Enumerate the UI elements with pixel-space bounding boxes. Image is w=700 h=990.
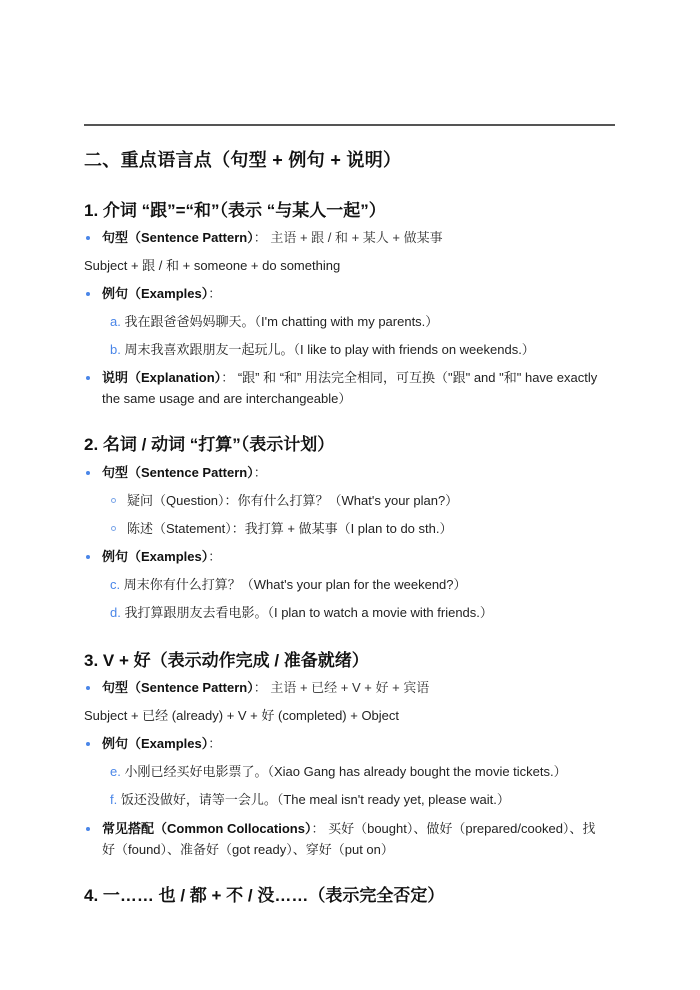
example-c: c. 周末你有什么打算？（What's your plan for the we… [110, 575, 467, 595]
sub-pattern-question: 疑问（Question）：你有什么打算？（What's your plan?） [127, 491, 458, 511]
bullet-icon [86, 555, 90, 559]
bullet-icon [86, 292, 90, 296]
example-marker: f. [110, 792, 117, 807]
pattern-value: 主语 + 跟 / 和 + 某人 + 做某事 [270, 230, 442, 245]
point-1-title: 1. 介词 “跟”=“和”（表示 “与某人一起”） [84, 196, 386, 221]
point-1-pattern: 句型（Sentence Pattern）： 主语 + 跟 / 和 + 某人 + … [102, 228, 443, 248]
point-1-explanation-cont: the same usage and are interchangeable） [102, 389, 351, 409]
point-3-pattern: 句型（Sentence Pattern）： 主语 + 已经 + V + 好 + … [102, 678, 429, 698]
example-d: d. 我打算跟朋友去看电影。（I plan to watch a movie w… [110, 603, 493, 623]
example-marker: c. [110, 577, 120, 592]
bullet-icon [86, 686, 90, 690]
example-b: b. 周末我喜欢跟朋友一起玩儿。（I like to play with fri… [110, 340, 535, 360]
example-marker: a. [110, 314, 121, 329]
example-a: a. 我在跟爸爸妈妈聊天。（I'm chatting with my paren… [110, 312, 438, 332]
horizontal-divider [84, 124, 615, 126]
bullet-icon [86, 236, 90, 240]
point-1-pattern-english: Subject + 跟 / 和 + someone + do something [84, 256, 340, 276]
point-3-pattern-english: Subject + 已经 (already) + V + 好 (complete… [84, 706, 399, 726]
point-1-explanation: 说明（Explanation）： “跟” 和 “和” 用法完全相同，可互换（"跟… [102, 368, 597, 388]
hollow-bullet-icon [111, 526, 116, 531]
pattern-label: 句型（Sentence Pattern） [102, 230, 254, 245]
sub-pattern-statement: 陈述（Statement）：我打算 + 做某事（I plan to do sth… [127, 519, 452, 539]
point-2-pattern: 句型（Sentence Pattern）： [102, 463, 267, 483]
point-3-title: 3. V + 好（表示动作完成 / 准备就绪） [84, 646, 369, 671]
point-1-examples-heading: 例句（Examples）： [102, 284, 221, 304]
point-3-examples-heading: 例句（Examples）： [102, 734, 221, 754]
bullet-icon [86, 827, 90, 831]
point-3-collocations: 常见搭配（Common Collocations）： 买好（bought）、做好… [102, 819, 595, 839]
bullet-icon [86, 471, 90, 475]
example-f: f. 饭还没做好，请等一会儿。（The meal isn't ready yet… [110, 790, 510, 810]
example-marker: b. [110, 342, 121, 357]
example-e: e. 小刚已经买好电影票了。（Xiao Gang has already bou… [110, 762, 567, 782]
bullet-icon [86, 742, 90, 746]
section-title: 二、重点语言点（句型 + 例句 + 说明） [84, 146, 401, 172]
point-4-title: 4. 一…… 也 / 都 + 不 / 没……（表示完全否定） [84, 881, 444, 906]
hollow-bullet-icon [111, 498, 116, 503]
bullet-icon [86, 376, 90, 380]
example-marker: d. [110, 605, 121, 620]
point-3-collocations-cont: 好（found）、准备好（got ready）、穿好（put on） [102, 840, 394, 860]
point-2-examples-heading: 例句（Examples）： [102, 547, 221, 567]
point-2-title: 2. 名词 / 动词 “打算”（表示计划） [84, 430, 334, 455]
example-marker: e. [110, 764, 121, 779]
